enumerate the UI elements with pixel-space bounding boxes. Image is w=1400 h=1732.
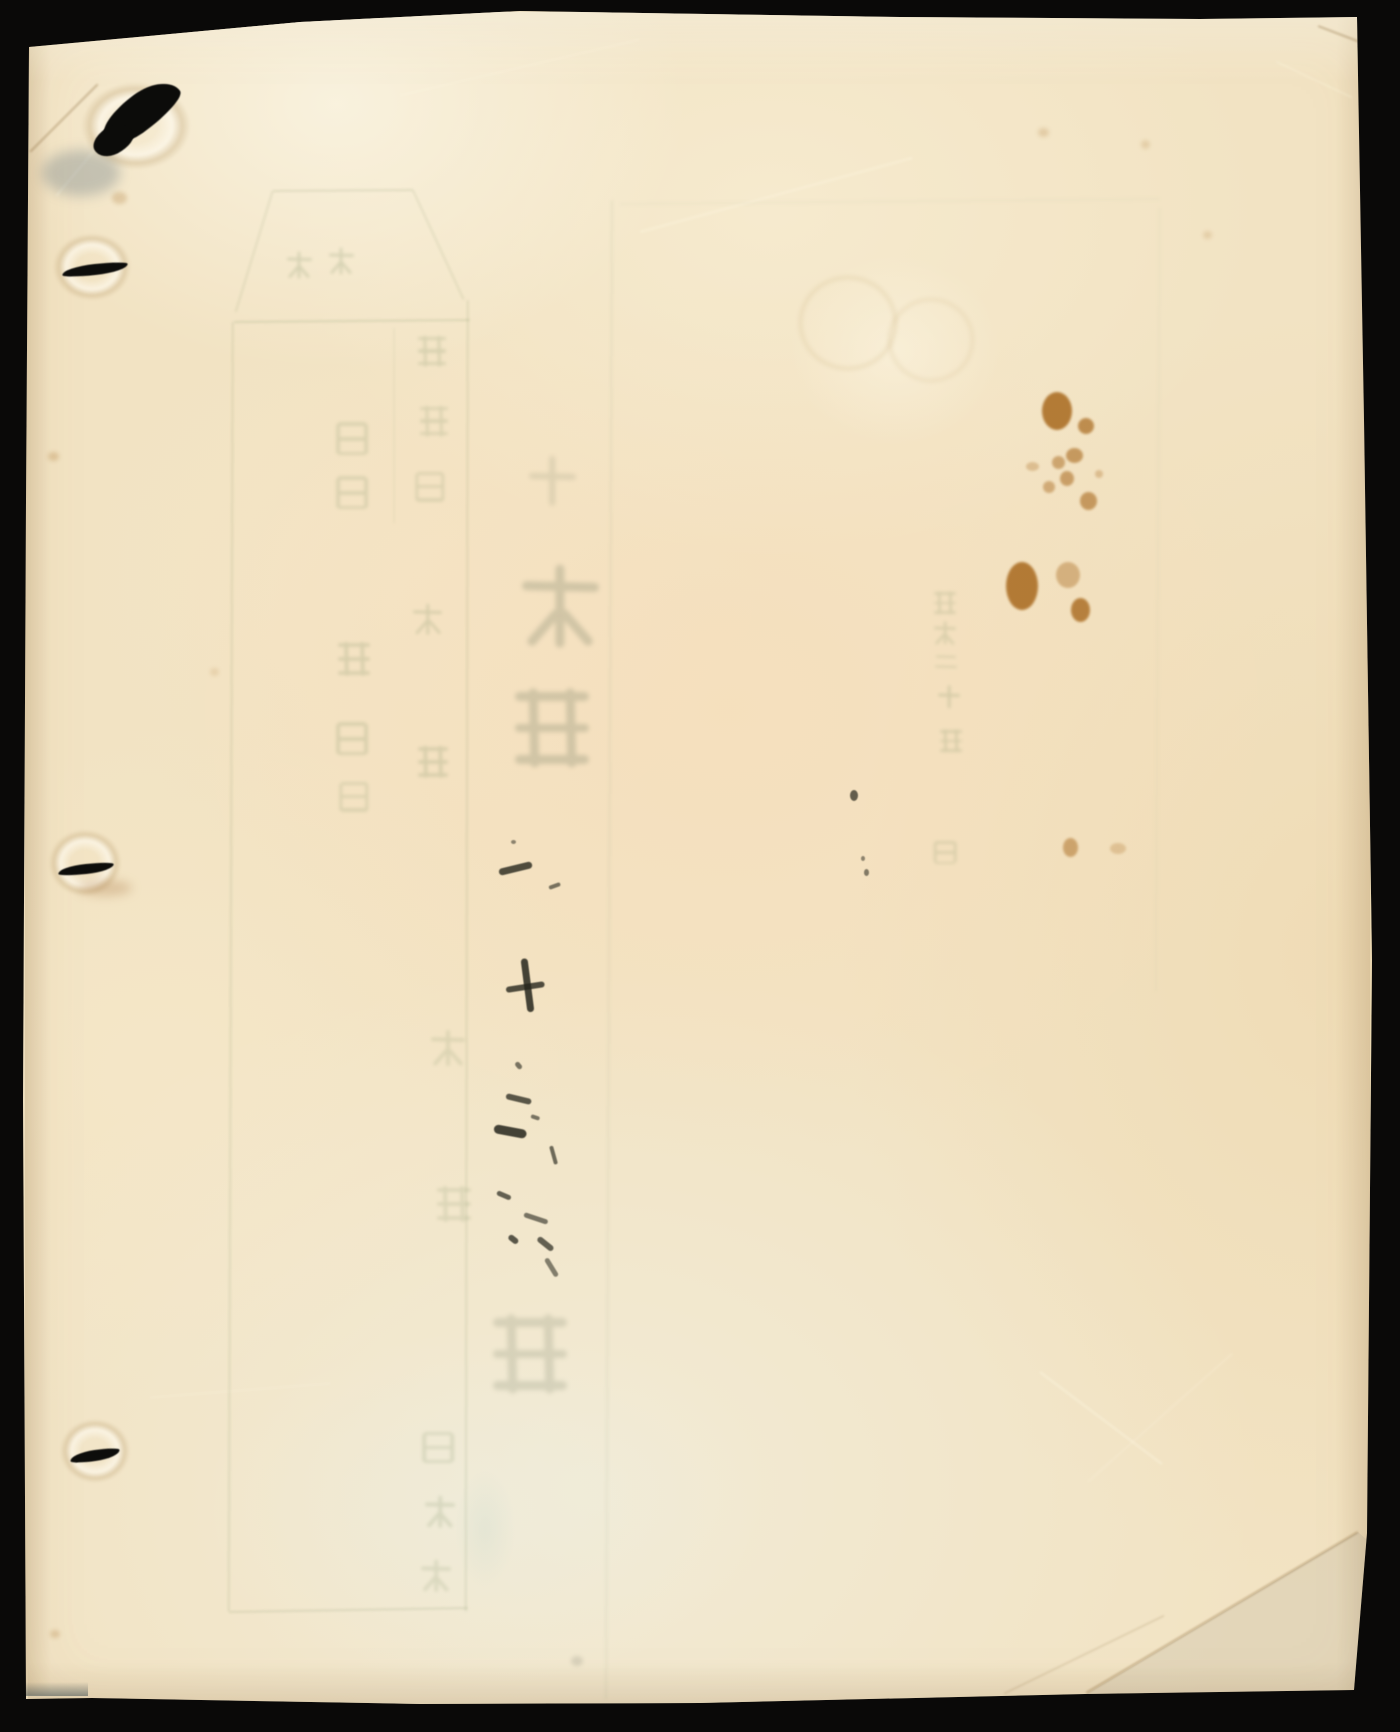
bleedthrough-char [415,334,449,368]
paper-shade [19,42,28,227]
glyph-stroke [421,1566,451,1570]
glyph-stroke [460,1186,465,1222]
bleedthrough-char [337,780,371,814]
glyph-stroke [328,253,353,257]
bleedthrough-char [333,474,371,512]
paper-freckle [1203,231,1212,239]
foxing-stain [1026,462,1039,471]
ink-speck [850,790,858,801]
glyph-stroke [418,349,447,352]
glyph-stroke [493,1318,567,1327]
paper-freckle [50,1630,60,1638]
paper-shade [455,1470,515,1590]
bleedthrough-char [428,1028,468,1068]
glyph-stroke [420,432,449,435]
bleedthrough-tag-line [273,189,413,191]
bleedthrough-char [415,744,451,780]
glyph-stroke [341,795,367,798]
glyph-stroke [420,407,449,410]
glyph-stroke [417,485,443,488]
bleedthrough-tag-line [412,190,464,301]
glyph-stroke [935,851,955,854]
glyph-stroke [543,1314,554,1393]
bleedthrough-char [938,728,964,754]
glyph-stroke [338,437,367,441]
ink-stroke [498,861,533,876]
foxing-stain [1052,456,1065,469]
bleedthrough-char [932,840,958,866]
glyph-stroke [338,491,367,495]
foxing-stain [1056,562,1080,588]
bleedthrough-char [932,620,958,646]
bleedthrough-large-char [486,1310,574,1398]
foxing-stain [1080,492,1097,510]
bleedthrough-large-char [524,452,580,508]
glyph-stroke [338,643,370,647]
bleedthrough-seal-ring [888,298,974,382]
bleedthrough-char [417,404,451,438]
glyph-stroke [341,782,367,785]
glyph-stroke [528,473,575,480]
glyph-stroke [934,626,956,629]
ink-stroke [496,1190,512,1201]
glyph-stroke [418,337,447,340]
scanner-background: { "meta": { "description": "Scanned reve… [0,0,1400,1732]
glyph-stroke [420,419,449,422]
glyph-stroke [424,1432,451,1436]
glyph-stroke [528,688,539,767]
bleedthrough-char [418,1558,454,1594]
glyph-stroke [948,686,951,709]
glyph-stroke [423,336,427,367]
bleedthrough-form-line [1155,208,1160,992]
glyph-stroke [426,604,429,635]
glyph-stroke [338,476,367,480]
glyph-stroke [446,1030,450,1066]
ink-stroke [523,1212,549,1225]
glyph-stroke [493,1381,567,1390]
crease-line [640,157,912,232]
glyph-stroke [414,610,443,614]
foxing-stain [1006,562,1038,610]
glyph-stroke [338,452,367,456]
glyph-stroke [338,671,370,675]
ink-stroke [544,1257,559,1278]
glyph-stroke [936,656,956,659]
bleedthrough-char [326,246,356,276]
glyph-stroke [515,724,589,733]
bleedthrough-seal-ring [799,276,897,370]
bleedthrough-char [284,250,314,280]
bleedthrough-char [934,650,958,674]
paper-shade [30,12,1360,82]
ink-stroke [536,1236,555,1253]
ink-stroke [507,1234,520,1246]
glyph-stroke [418,362,447,365]
glyph-stroke [360,642,365,676]
paper-freckle [1038,128,1049,137]
glyph-stroke [341,808,367,811]
ink-speck [864,869,869,876]
bleedthrough-tag-line [234,319,470,323]
foxing-stain [1043,481,1055,493]
crease-line [1040,1371,1163,1464]
foxing-stain [1060,471,1074,486]
glyph-stroke [935,841,955,844]
glyph-stroke [493,1350,567,1359]
paper-freckle [48,452,59,461]
foxing-stain [1071,598,1090,622]
ink-stroke [548,882,560,890]
glyph-stroke [338,506,367,510]
glyph-stroke [417,472,443,475]
bleedthrough-char [411,602,445,636]
glyph-stroke [338,422,367,426]
glyph-stroke [338,737,367,741]
glyph-stroke [418,773,448,777]
paper-shade [24,1682,88,1696]
ink-stroke [493,1124,527,1139]
bleedthrough-char [413,470,447,504]
glyph-stroke [439,406,443,437]
ink-speck [511,840,516,844]
glyph-stroke [425,406,429,437]
glyph-stroke [338,752,367,756]
glyph-stroke [437,1216,471,1220]
glyph-stroke [425,1502,455,1506]
paper-freckle [210,668,219,676]
glyph-stroke [424,1460,451,1464]
glyph-stroke [521,581,598,592]
punch-hole-smudge [78,880,132,896]
bleedthrough-tag-line [235,191,273,312]
glyph-stroke [338,657,370,661]
glyph-stroke [424,1446,451,1450]
bleedthrough-char [335,640,373,678]
foxing-stain [1078,418,1094,434]
glyph-stroke [565,688,576,767]
paper-freckle [1141,140,1150,149]
glyph-stroke [935,862,955,865]
ink-stroke [549,1145,558,1164]
glyph-stroke [515,692,589,701]
ink-stroke [530,1114,540,1121]
bleedthrough-large-char [508,684,596,772]
glyph-stroke [555,565,564,648]
glyph-stroke [506,1314,517,1393]
glyph-stroke [549,455,555,505]
ink-stroke [514,1060,523,1069]
paper-shade [1336,18,1370,1690]
bleedthrough-tag-line [393,328,394,524]
bleedthrough-form-line [620,198,1160,204]
glyph-stroke [417,498,443,501]
foxing-stain [1095,470,1103,478]
glyph-stroke [344,642,349,676]
foxing-stain [1066,448,1083,463]
bleedthrough-char [333,720,371,758]
foxing-stain [1110,843,1126,854]
bleedthrough-char [434,1184,474,1224]
glyph-stroke [431,1037,465,1042]
glyph-stroke [515,755,589,764]
glyph-stroke [418,760,448,764]
bleedthrough-char [420,1430,456,1466]
tear-smudge [42,150,120,196]
bleedthrough-char [333,420,371,458]
bleedthrough-large-char [514,560,606,652]
glyph-stroke [935,666,957,669]
glyph-stroke [338,722,367,726]
bleedthrough-char [422,1494,458,1530]
glyph-stroke [286,257,311,261]
paper-freckle [112,192,127,204]
glyph-stroke [427,620,440,635]
ink-stroke [505,1093,531,1105]
paper-freckle [571,1656,583,1666]
foxing-stain [1042,392,1072,430]
document-paper [0,0,1400,1732]
foxing-stain [1063,838,1078,857]
glyph-stroke [437,336,441,367]
bleedthrough-char [932,590,958,616]
glyph-stroke [437,1202,471,1206]
bleedthrough-char [936,684,962,710]
ink-speck [861,856,865,861]
